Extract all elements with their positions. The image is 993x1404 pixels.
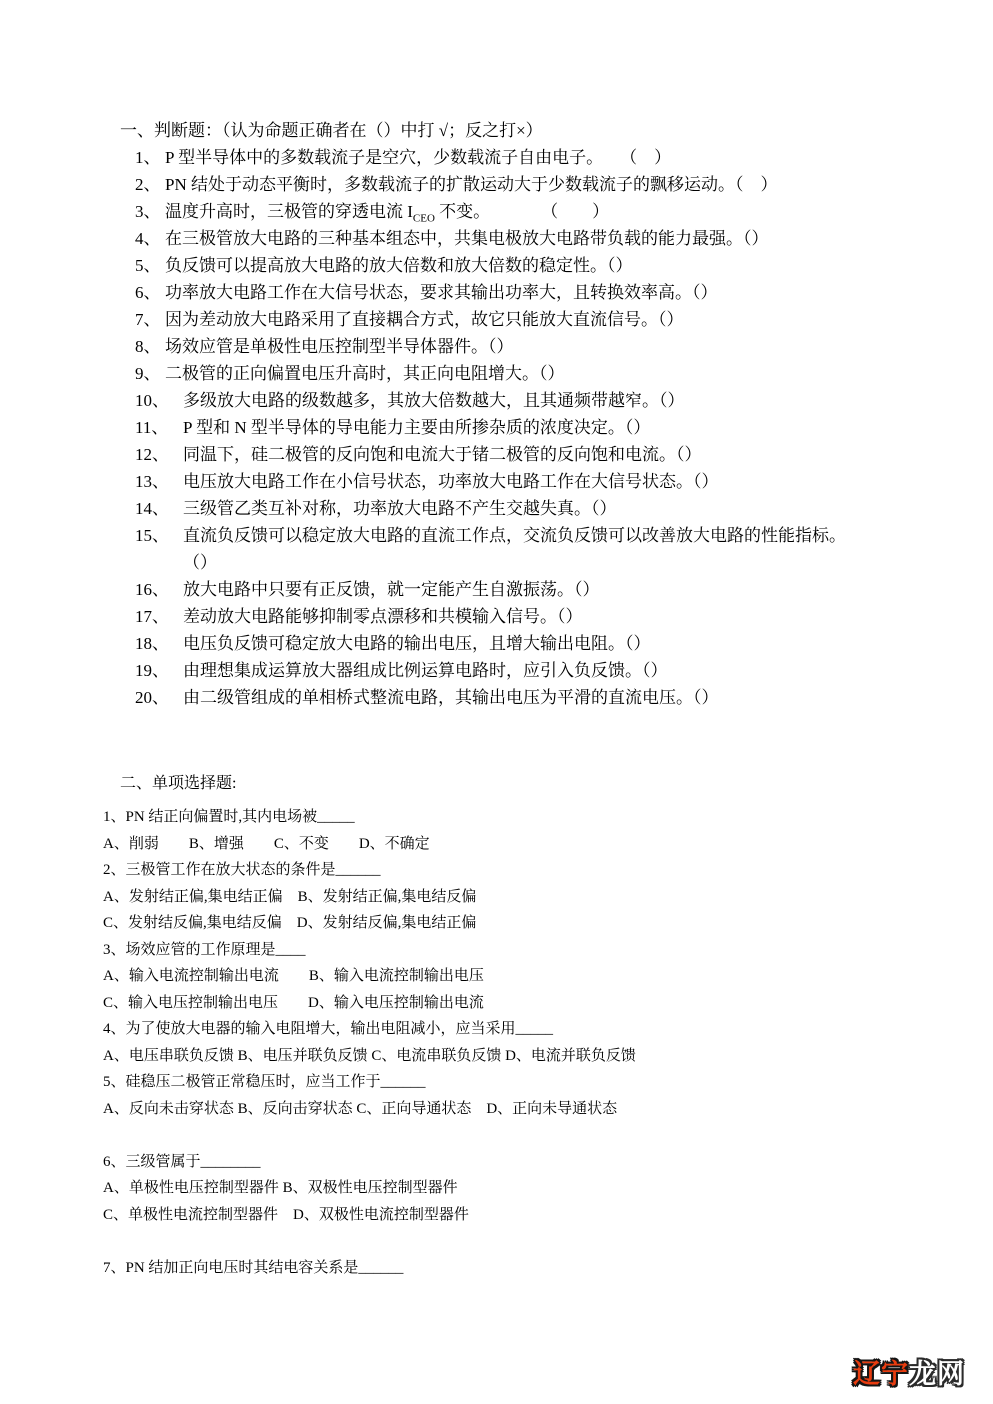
tf-question-text: 电压负反馈可稳定放大电路的输出电压，且增大输出电阻。（） xyxy=(183,630,892,657)
tf-question-number: 12、 xyxy=(135,441,183,468)
mc-line: A、电压串联负反馈 B、电压并联负反馈 C、电流串联负反馈 D、电流并联负反馈 xyxy=(103,1043,913,1070)
multiple-choice-section: 二、单项选择题: 1、PN 结正向偏置时,其内电场被_____A、削弱 B、增强… xyxy=(103,770,913,1281)
tf-question-text-main: 电压放大电路工作在小信号状态，功率放大电路工作在大信号状态。（） xyxy=(183,472,719,491)
tf-question: 16、 放大电路中只要有正反馈，就一定能产生自激振荡。（） xyxy=(135,576,892,603)
tf-question-subscript: CEO xyxy=(413,212,435,224)
tf-question: 19、 由理想集成运算放大器组成比例运算电路时，应引入负反馈。（） xyxy=(135,657,892,684)
tf-question-text-main: 差动放大电路能够抑制零点漂移和共模输入信号。（） xyxy=(183,607,583,626)
tf-question-text-main: 二极管的正向偏置电压升高时，其正向电阻增大。（） xyxy=(165,364,565,383)
tf-question-number: 6、 xyxy=(135,279,165,306)
tf-question: 10、 多级放大电路的级数越多，其放大倍数越大，且其通频带越窄。（） xyxy=(135,387,892,414)
tf-question-text: 由理想集成运算放大器组成比例运算电路时，应引入负反馈。（） xyxy=(183,657,892,684)
tf-question: 9、 二极管的正向偏置电压升高时，其正向电阻增大。（） xyxy=(135,360,892,387)
tf-question: 12、 同温下，硅二极管的反向饱和电流大于锗二极管的反向饱和电流。（） xyxy=(135,441,892,468)
tf-question-text-main: 多级放大电路的级数越多，其放大倍数越大，且其通频带越窄。（） xyxy=(183,391,685,410)
mc-line: C、单极性电流控制型器件 D、双极性电流控制型器件 xyxy=(103,1202,913,1229)
tf-question-number: 9、 xyxy=(135,360,165,387)
multiple-choice-lines: 1、PN 结正向偏置时,其内电场被_____A、削弱 B、增强 C、不变 D、不… xyxy=(103,804,913,1281)
tf-question-number: 7、 xyxy=(135,306,165,333)
tf-question: 8、 场效应管是单极性电压控制型半导体器件。（） xyxy=(135,333,892,360)
tf-question-text-main: 温度升高时，三极管的穿透电流 I xyxy=(165,202,413,221)
tf-question-text: 因为差动放大电路采用了直接耦合方式，故它只能放大直流信号。（） xyxy=(165,306,892,333)
true-false-list: 1、 P 型半导体中的多数载流子是空穴，少数载流子自由电子。 （ ） 2、 PN… xyxy=(135,144,892,711)
tf-question: 1、 P 型半导体中的多数载流子是空穴，少数载流子自由电子。 （ ） xyxy=(135,144,892,171)
tf-question-text-main: 由二级管组成的单相桥式整流电路，其输出电压为平滑的直流电压。（） xyxy=(183,688,719,707)
mc-line: 2、三极管工作在放大状态的条件是______ xyxy=(103,857,913,884)
tf-question: 5、 负反馈可以提高放大电路的放大倍数和放大倍数的稳定性。（） xyxy=(135,252,892,279)
mc-line: 6、三级管属于________ xyxy=(103,1149,913,1176)
tf-question-text: P 型半导体中的多数载流子是空穴，少数载流子自由电子。 （ ） xyxy=(165,144,892,171)
tf-question-text: 放大电路中只要有正反馈，就一定能产生自激振荡。（） xyxy=(183,576,892,603)
tf-question-number: 2、 xyxy=(135,171,165,198)
tf-question-text: 差动放大电路能够抑制零点漂移和共模输入信号。（） xyxy=(183,603,892,630)
tf-question-text: 直流负反馈可以稳定放大电路的直流工作点，交流负反馈可以改善放大电路的性能指标。（… xyxy=(183,522,892,576)
mc-line: 7、PN 结加正向电压时其结电容关系是______ xyxy=(103,1255,913,1282)
tf-question: 2、 PN 结处于动态平衡时，多数载流子的扩散运动大于少数载流子的飘移运动。（ … xyxy=(135,171,892,198)
tf-question-number: 13、 xyxy=(135,468,183,495)
tf-question: 11、 P 型和 N 型半导体的导电能力主要由所掺杂质的浓度决定。（） xyxy=(135,414,892,441)
tf-question: 6、 功率放大电路工作在大信号状态，要求其输出功率大，且转换效率高。（） xyxy=(135,279,892,306)
section1-heading: 一、判断题：（认为命题正确者在（）中打 √；反之打×） xyxy=(120,117,892,144)
tf-question-number: 5、 xyxy=(135,252,165,279)
tf-question-number: 11、 xyxy=(135,414,183,441)
tf-question-number: 17、 xyxy=(135,603,183,630)
tf-question: 17、 差动放大电路能够抑制零点漂移和共模输入信号。（） xyxy=(135,603,892,630)
tf-question-text: 温度升高时，三极管的穿透电流 ICEO 不变。 （ ） xyxy=(165,198,892,225)
mc-line: C、输入电压控制输出电压 D、输入电压控制输出电流 xyxy=(103,990,913,1017)
tf-question-number: 16、 xyxy=(135,576,183,603)
tf-question-number: 4、 xyxy=(135,225,165,252)
tf-question-number: 14、 xyxy=(135,495,183,522)
tf-question: 4、 在三极管放大电路的三种基本组态中，共集电极放大电路带负载的能力最强。（） xyxy=(135,225,892,252)
tf-question-number: 8、 xyxy=(135,333,165,360)
tf-question-text-main: 由理想集成运算放大器组成比例运算电路时，应引入负反馈。（） xyxy=(183,661,668,680)
mc-line: A、反向未击穿状态 B、反向击穿状态 C、正向导通状态 D、正向未导通状态 xyxy=(103,1096,913,1123)
tf-question: 15、 直流负反馈可以稳定放大电路的直流工作点，交流负反馈可以改善放大电路的性能… xyxy=(135,522,892,576)
tf-question-text-main: 同温下，硅二极管的反向饱和电流大于锗二极管的反向饱和电流。（） xyxy=(183,445,702,464)
tf-question: 20、 由二级管组成的单相桥式整流电路，其输出电压为平滑的直流电压。（） xyxy=(135,684,892,711)
mc-line: A、输入电流控制输出电流 B、输入电流控制输出电压 xyxy=(103,963,913,990)
tf-question-text: 电压放大电路工作在小信号状态，功率放大电路工作在大信号状态。（） xyxy=(183,468,892,495)
tf-question-text: 二极管的正向偏置电压升高时，其正向电阻增大。（） xyxy=(165,360,892,387)
mc-line xyxy=(103,1228,913,1255)
tf-question-number: 3、 xyxy=(135,198,165,225)
tf-question-text: 功率放大电路工作在大信号状态，要求其输出功率大，且转换效率高。（） xyxy=(165,279,892,306)
tf-question-number: 15、 xyxy=(135,522,183,549)
tf-question-text-main: 在三极管放大电路的三种基本组态中，共集电极放大电路带负载的能力最强。（） xyxy=(165,229,769,248)
watermark: 辽宁龙网 xyxy=(853,1352,965,1391)
tf-question: 18、 电压负反馈可稳定放大电路的输出电压，且增大输出电阻。（） xyxy=(135,630,892,657)
tf-question-text-main: 场效应管是单极性电压控制型半导体器件。（） xyxy=(165,337,514,356)
tf-question-text-main: P 型半导体中的多数载流子是空穴，少数载流子自由电子。 （ ） xyxy=(165,148,671,167)
tf-question: 7、 因为差动放大电路采用了直接耦合方式，故它只能放大直流信号。（） xyxy=(135,306,892,333)
tf-question-text-main: 放大电路中只要有正反馈，就一定能产生自激振荡。（） xyxy=(183,580,600,599)
mc-line: 3、场效应管的工作原理是____ xyxy=(103,937,913,964)
mc-line: A、发射结正偏,集电结正偏 B、发射结正偏,集电结反偏 xyxy=(103,884,913,911)
tf-question: 3、 温度升高时，三极管的穿透电流 ICEO 不变。 （ ） xyxy=(135,198,892,225)
exam-page: { "part1": { "heading": "一、判断题：（认为命题正确者在… xyxy=(0,0,993,1404)
mc-line: 1、PN 结正向偏置时,其内电场被_____ xyxy=(103,804,913,831)
tf-question: 14、 三级管乙类互补对称，功率放大电路不产生交越失真。（） xyxy=(135,495,892,522)
tf-question-text: 在三极管放大电路的三种基本组态中，共集电极放大电路带负载的能力最强。（） xyxy=(165,225,892,252)
tf-question-text-main: P 型和 N 型半导体的导电能力主要由所掺杂质的浓度决定。（） xyxy=(183,418,650,437)
tf-question-text-main: 负反馈可以提高放大电路的放大倍数和放大倍数的稳定性。（） xyxy=(165,256,633,275)
tf-question-text-main: 功率放大电路工作在大信号状态，要求其输出功率大，且转换效率高。（） xyxy=(165,283,718,302)
tf-question-text: 同温下，硅二极管的反向饱和电流大于锗二极管的反向饱和电流。（） xyxy=(183,441,892,468)
tf-question-number: 1、 xyxy=(135,144,165,171)
tf-question: 13、 电压放大电路工作在小信号状态，功率放大电路工作在大信号状态。（） xyxy=(135,468,892,495)
tf-question-text: 三级管乙类互补对称，功率放大电路不产生交越失真。（） xyxy=(183,495,892,522)
tf-question-text-main: 因为差动放大电路采用了直接耦合方式，故它只能放大直流信号。（） xyxy=(165,310,684,329)
tf-question-number: 19、 xyxy=(135,657,183,684)
section2-heading: 二、单项选择题: xyxy=(120,770,913,797)
tf-question-text: 由二级管组成的单相桥式整流电路，其输出电压为平滑的直流电压。（） xyxy=(183,684,892,711)
mc-line xyxy=(103,1122,913,1149)
tf-question-text-main: 三级管乙类互补对称，功率放大电路不产生交越失真。（） xyxy=(183,499,617,518)
mc-line: A、单极性电压控制型器件 B、双极性电压控制型器件 xyxy=(103,1175,913,1202)
watermark-text-left: 辽宁 xyxy=(853,1359,909,1389)
mc-line: 4、为了使放大电器的输入电阻增大，输出电阻减小，应当采用_____ xyxy=(103,1016,913,1043)
watermark-text-right: 龙网 xyxy=(909,1359,965,1389)
tf-question-number: 18、 xyxy=(135,630,183,657)
mc-line: 5、硅稳压二极管正常稳压时，应当工作于______ xyxy=(103,1069,913,1096)
tf-question-answer-brackets: （） xyxy=(183,549,892,576)
tf-question-number: 10、 xyxy=(135,387,183,414)
mc-line: C、发射结反偏,集电结反偏 D、发射结反偏,集电结正偏 xyxy=(103,910,913,937)
tf-question-text: 多级放大电路的级数越多，其放大倍数越大，且其通频带越窄。（） xyxy=(183,387,892,414)
tf-question-text-main: PN 结处于动态平衡时，多数载流子的扩散运动大于少数载流子的飘移运动。（ ） xyxy=(165,175,777,194)
tf-question-text: 场效应管是单极性电压控制型半导体器件。（） xyxy=(165,333,892,360)
true-false-section: 一、判断题：（认为命题正确者在（）中打 √；反之打×） 1、 P 型半导体中的多… xyxy=(120,117,892,711)
tf-question-text-tail: 不变。 （ ） xyxy=(435,202,609,221)
tf-question-text: 负反馈可以提高放大电路的放大倍数和放大倍数的稳定性。（） xyxy=(165,252,892,279)
tf-question-text-main: 直流负反馈可以稳定放大电路的直流工作点，交流负反馈可以改善放大电路的性能指标。 xyxy=(183,526,846,545)
tf-question-number: 20、 xyxy=(135,684,183,711)
tf-question-text: PN 结处于动态平衡时，多数载流子的扩散运动大于少数载流子的飘移运动。（ ） xyxy=(165,171,892,198)
mc-line: A、削弱 B、增强 C、不变 D、不确定 xyxy=(103,831,913,858)
tf-question-text-main: 电压负反馈可稳定放大电路的输出电压，且增大输出电阻。（） xyxy=(183,634,651,653)
tf-question-text: P 型和 N 型半导体的导电能力主要由所掺杂质的浓度决定。（） xyxy=(183,414,892,441)
